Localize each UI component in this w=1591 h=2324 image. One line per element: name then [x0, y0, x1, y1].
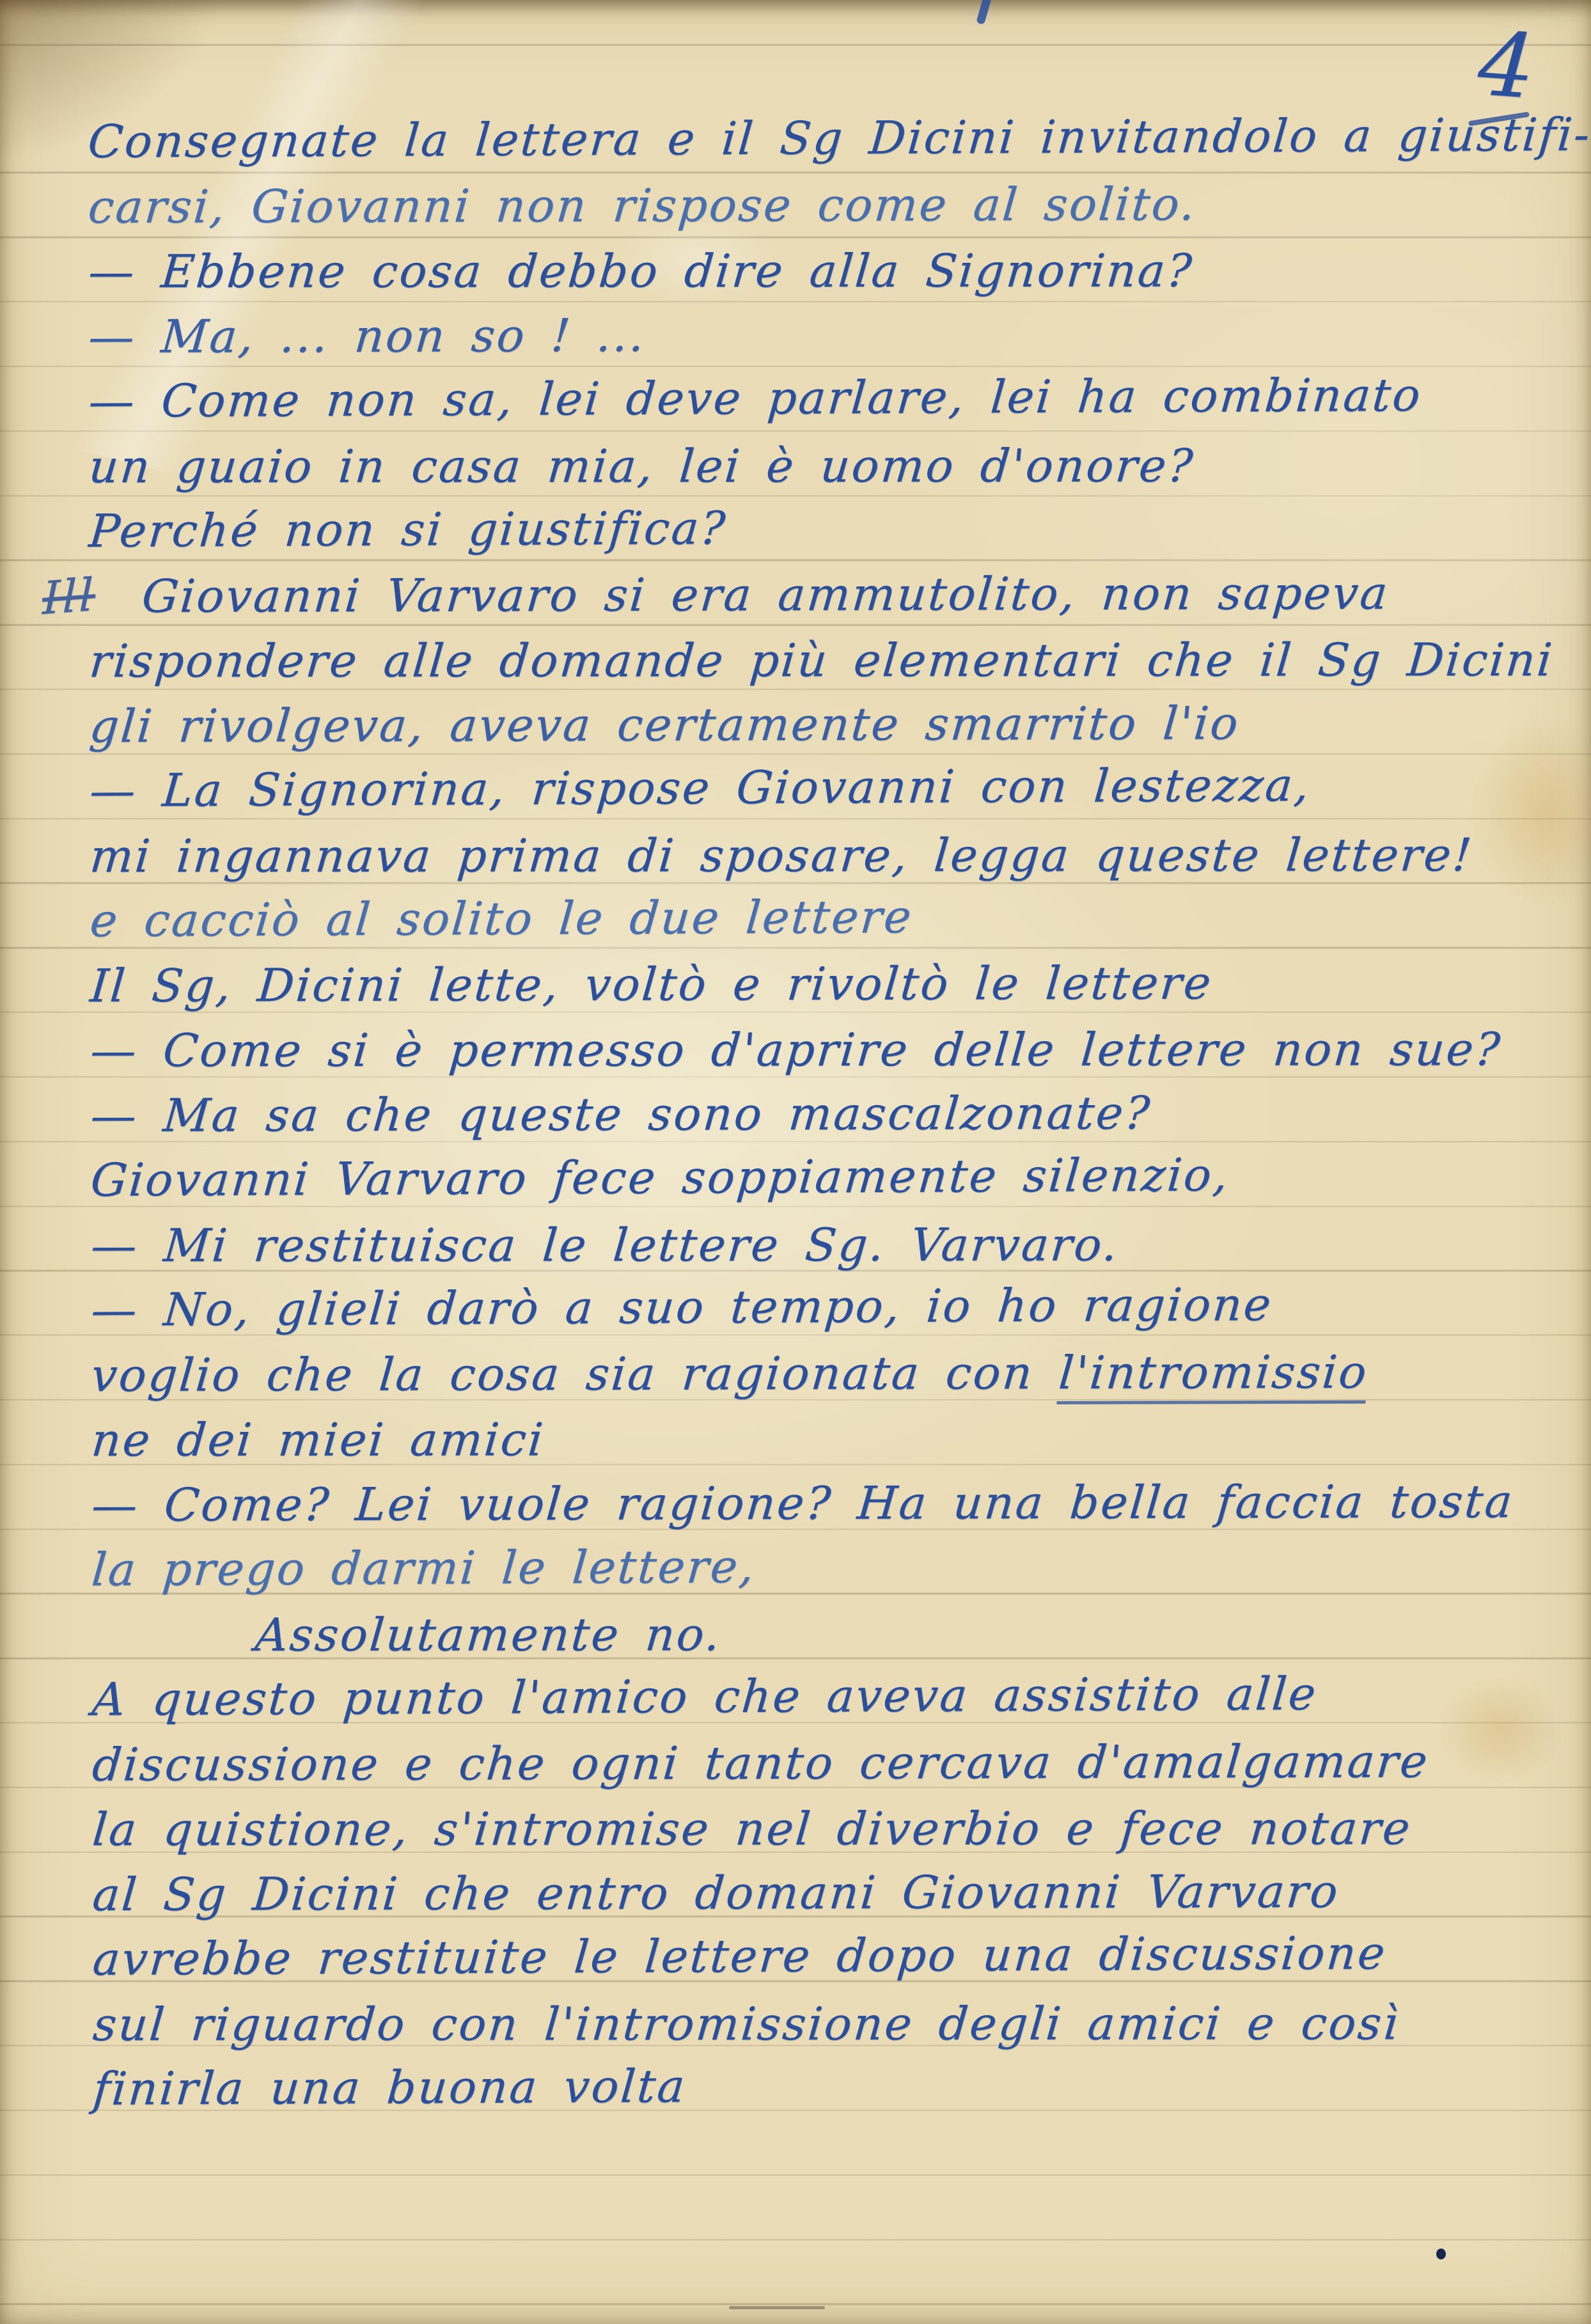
- handwritten-line-text: Giovanni Varvaro si era ammutolito, non …: [140, 566, 1391, 622]
- underlined-word: l'intromissio: [1056, 1345, 1370, 1404]
- handwritten-line: Perché non si giustifica?: [40, 492, 1580, 564]
- handwritten-line: finirla una buona volta: [43, 2050, 1584, 2122]
- handwritten-line-text: — Come? Lei vuole ragione? Ha una bella …: [90, 1475, 1516, 1532]
- handwritten-line: avrebbe restituite le lettere dopo una d…: [43, 1920, 1584, 1992]
- handwritten-line-text: — Come si è permesso d'aprire delle lett…: [88, 1023, 1503, 1077]
- handwritten-line-text: — No, glieli darò a suo tempo, io ho rag…: [89, 1278, 1274, 1337]
- ink-blot: [1436, 2249, 1446, 2259]
- handwritten-line-text: Il Sg, Dicini lette, voltò e rivoltò le …: [88, 956, 1215, 1012]
- handwritten-line-text: Assolutamente no.: [253, 1608, 724, 1661]
- handwritten-line: discussione e che ogni tanto cercava d'a…: [43, 1728, 1583, 1797]
- handwritten-line: — No, glieli darò a suo tempo, io ho rag…: [42, 1271, 1582, 1343]
- handwritten-line: — La Signorina, rispose Giovanni con les…: [40, 751, 1581, 824]
- handwritten-line: — Ma sa che queste sono mascalzonate?: [41, 1079, 1581, 1148]
- handwritten-line-text: Giovanni Varvaro fece soppiamente silenz…: [89, 1148, 1232, 1206]
- handwritten-line: — Ebbene cosa debbo dire alla Signorina?: [39, 238, 1579, 304]
- handwritten-line-text: voglio che la cosa sia ragionata con l'i…: [90, 1345, 1370, 1404]
- handwritten-line-text: — Ebbene cosa debbo dire alla Signorina?: [86, 244, 1195, 299]
- handwritten-line: Ill Giovanni Varvaro si era ammutolito, …: [40, 560, 1580, 629]
- handwritten-line: Il Sg, Dicini lette, voltò e rivoltò le …: [41, 949, 1581, 1018]
- handwritten-line-text: Consegnate la lettera e il Sg Dicini inv…: [86, 108, 1591, 168]
- handwritten-line-text: mi ingannava prima di sposare, legga que…: [88, 828, 1475, 883]
- handwritten-line-text: — La Signorina, rispose Giovanni con les…: [88, 758, 1313, 817]
- handwritten-line: — Come? Lei vuole ragione? Ha una bella …: [42, 1468, 1583, 1537]
- manuscript-text: Consegnate la lettera e il Sg Dicini inv…: [38, 106, 1578, 2122]
- handwritten-line-text: — Come non sa, lei deve parlare, lei ha …: [87, 368, 1424, 428]
- handwritten-line-text: A questo punto l'amico che aveva assisti…: [90, 1667, 1320, 1726]
- handwritten-line: un guaio in casa mia, lei è uomo d'onore…: [39, 433, 1579, 499]
- handwritten-line: sul riguardo con l'intromissione degli a…: [43, 1991, 1583, 2057]
- handwritten-line: ne dei miei amici: [42, 1406, 1581, 1473]
- handwritten-line-text: discussione e che ogni tanto cercava d'a…: [90, 1734, 1431, 1791]
- scan-artifact: [729, 2306, 825, 2309]
- handwritten-line-text: finirla una buona volta: [91, 2059, 689, 2115]
- handwritten-line-text: carsi, Giovanni non rispose come al soli…: [86, 177, 1199, 233]
- handwritten-line-text: — Ma, ... non so ! ...: [86, 308, 648, 363]
- handwritten-line: — Come si è permesso d'aprire delle lett…: [41, 1017, 1581, 1083]
- handwritten-line-text: rispondere alle domande più elementari c…: [88, 633, 1556, 687]
- handwritten-line-text: Perché non si giustifica?: [87, 501, 729, 558]
- handwritten-line: rispondere alle domande più elementari c…: [40, 627, 1579, 694]
- handwritten-line-text: la prego darmi le lettere,: [90, 1540, 758, 1596]
- handwritten-line-text: gli rivolgeva, aveva certamente smarrito…: [88, 696, 1242, 753]
- handwritten-line: Giovanni Varvaro fece soppiamente silenz…: [41, 1141, 1581, 1213]
- handwritten-line-text: sul riguardo con l'intromissione degli a…: [91, 1997, 1402, 2051]
- handwritten-line: — Mi restituisca le lettere Sg. Varvaro.: [42, 1212, 1581, 1278]
- manuscript-page: 4 Consegnate la lettera e il Sg Dicini i…: [0, 0, 1591, 2324]
- handwritten-line-text: ne dei miei amici: [90, 1413, 547, 1466]
- handwritten-line-text: avrebbe restituite le lettere dopo una d…: [91, 1926, 1389, 1986]
- handwritten-line: la prego darmi le lettere,: [42, 1530, 1583, 1603]
- handwritten-line: carsi, Giovanni non rispose come al soli…: [38, 170, 1579, 239]
- handwritten-line: Assolutamente no.: [42, 1601, 1582, 1668]
- handwritten-line-text: — Mi restituisca le lettere Sg. Varvaro.: [89, 1218, 1122, 1271]
- handwritten-line: al Sg Dicini che entro domani Giovanni V…: [43, 1858, 1583, 1927]
- handwritten-line-text: e cacciò al solito le due lettere: [88, 890, 915, 947]
- ink-speck: [976, 0, 992, 25]
- handwritten-line-text: un guaio in casa mia, lei è uomo d'onore…: [87, 439, 1196, 493]
- handwritten-line: — Ma, ... non so ! ...: [39, 300, 1579, 369]
- handwritten-line: A questo punto l'amico che aveva assisti…: [43, 1660, 1583, 1732]
- handwritten-line: mi ingannava prima di sposare, legga que…: [40, 822, 1580, 889]
- handwritten-line: gli rivolgeva, aveva certamente smarrito…: [40, 689, 1581, 758]
- handwritten-line: la quistione, s'intromise nel diverbio e…: [43, 1796, 1583, 1862]
- handwritten-line: Consegnate la lettera e il Sg Dicini inv…: [38, 102, 1579, 175]
- handwritten-line: e cacciò al solito le due lettere: [40, 881, 1581, 954]
- handwritten-line-text: — Ma sa che queste sono mascalzonate?: [89, 1086, 1154, 1142]
- handwritten-line: — Come non sa, lei deve parlare, lei ha …: [39, 362, 1579, 434]
- handwritten-line-text: al Sg Dicini che entro domani Giovanni V…: [91, 1864, 1342, 1920]
- strikethrough-scribble: Ill: [42, 562, 95, 631]
- handwritten-line-text: la quistione, s'intromise nel diverbio e…: [90, 1802, 1414, 1856]
- handwritten-line: voglio che la cosa sia ragionata con l'i…: [42, 1339, 1582, 1408]
